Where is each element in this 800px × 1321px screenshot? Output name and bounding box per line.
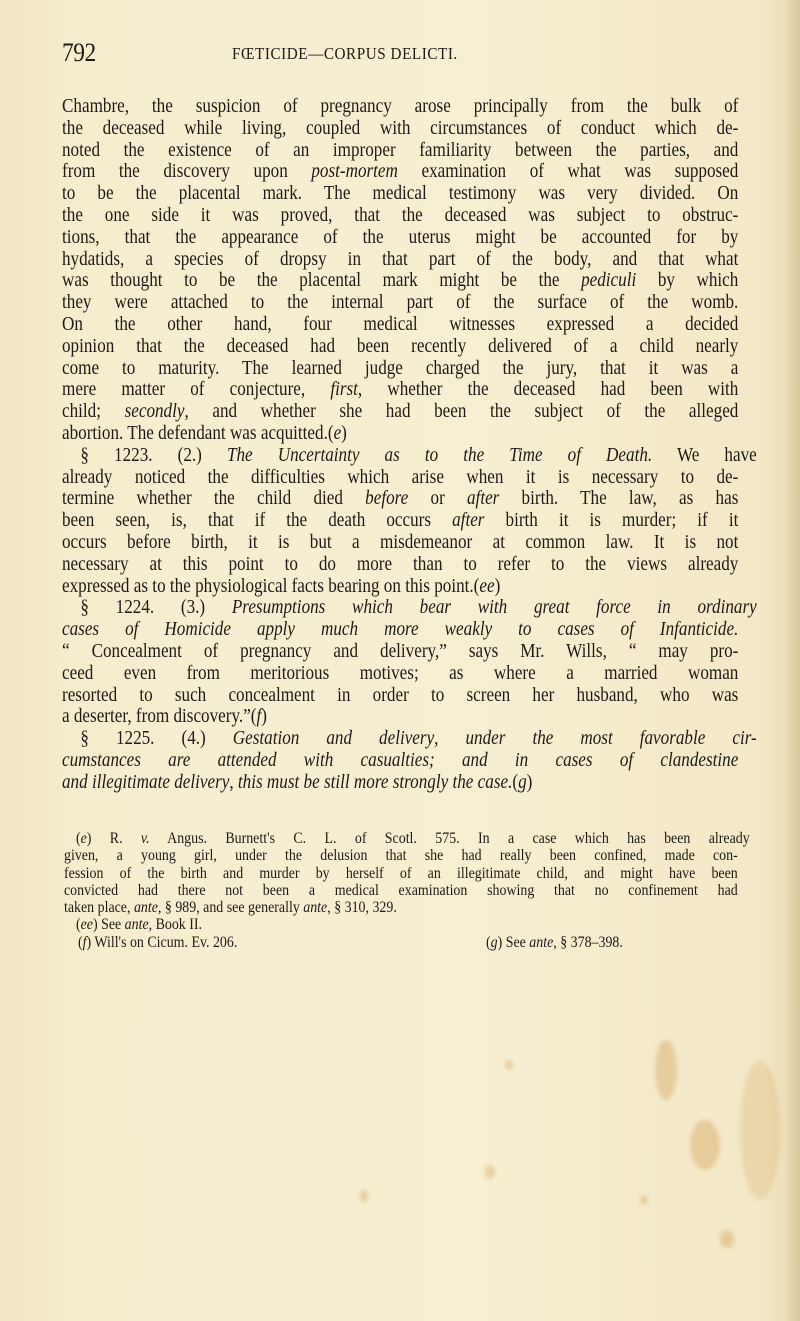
text-run: already noticed the difficulties which a… xyxy=(62,466,738,488)
text-run: resorted to such concealment in order to… xyxy=(62,684,738,706)
text-run: ) R. xyxy=(87,828,141,847)
text-line: was thought to be the placental mark mig… xyxy=(62,270,738,292)
text-line: noted the existence of an improper famil… xyxy=(62,140,738,162)
foxing-stain xyxy=(640,1195,648,1205)
text-run: from the discovery upon xyxy=(62,160,311,182)
text-line: Chambre, the suspicion of pregnancy aros… xyxy=(62,96,738,118)
footnote-row-f-g: (f) Will's on Cicum. Ev. 206. (g) See an… xyxy=(64,933,738,950)
footnote-line: (e) R. v. Angus. Burnett's C. L. of Scot… xyxy=(64,829,750,846)
text-run: , whether the deceased had been with xyxy=(358,378,738,400)
text-run: examination of what was supposed xyxy=(398,160,738,182)
italic-text: cumstances are attended with casualties;… xyxy=(62,749,738,771)
footnotes: (e) R. v. Angus. Burnett's C. L. of Scot… xyxy=(64,829,738,950)
footnote-line: taken place, ante, § 989, and see genera… xyxy=(64,898,738,915)
page-header: 792 FŒTICIDE—CORPUS DELICTI. xyxy=(62,38,734,68)
text-run: ) Will's on Cicum. Ev. 206. xyxy=(87,932,238,951)
footnote-line: fession of the birth and murder by herse… xyxy=(64,864,738,881)
text-line: tions, that the appearance of the uterus… xyxy=(62,227,738,249)
text-line: come to maturity. The learned judge char… xyxy=(62,358,738,380)
italic-text: ante xyxy=(125,914,149,933)
text-run: “ Concealment of pregnancy and delivery,… xyxy=(62,640,738,662)
footnote-line: convicted had there not been a medical e… xyxy=(64,881,738,898)
text-run: § 1224. (3.) xyxy=(80,596,231,618)
text-run: , § 989, and see generally xyxy=(158,897,303,916)
text-run: birth. The law, as has xyxy=(499,487,738,509)
italic-text: pediculi xyxy=(581,269,636,291)
foxing-stain xyxy=(690,1120,720,1170)
text-line: expressed as to the physiological facts … xyxy=(62,576,738,598)
text-run: , xyxy=(434,727,465,749)
text-line: mere matter of conjecture, first, whethe… xyxy=(62,379,738,401)
text-line: the deceased while living, coupled with … xyxy=(62,118,738,140)
italic-text: v. xyxy=(141,828,150,847)
text-line: been seen, is, that if the death occurs … xyxy=(62,510,738,532)
text-run: abortion. The defendant was acquitted.( xyxy=(62,422,334,444)
text-line: On the other hand, four medical witnesse… xyxy=(62,314,738,336)
foxing-stain xyxy=(655,1040,677,1100)
italic-text: secondly xyxy=(125,400,185,422)
footnote-ee: (ee) See ante, Book II. xyxy=(64,915,750,932)
text-line: § 1225. (4.) Gestation and delivery, und… xyxy=(62,728,757,750)
text-run: ) See xyxy=(93,914,125,933)
italic-text: g xyxy=(491,932,498,951)
running-title: FŒTICIDE—CORPUS DELICTI. xyxy=(232,44,458,64)
italic-text: ante xyxy=(134,897,158,916)
text-run: child; xyxy=(62,400,125,422)
text-run: ) xyxy=(261,705,267,727)
text-run: , xyxy=(229,771,238,793)
text-run: taken place, xyxy=(64,897,134,916)
text-run: tions, that the appearance of the uterus… xyxy=(62,226,738,248)
text-line: already noticed the difficulties which a… xyxy=(62,467,738,489)
text-line: child; secondly, and whether she had bee… xyxy=(62,401,738,423)
text-line: termine whether the child died before or… xyxy=(62,488,738,510)
footnote-e: (e) R. v. Angus. Burnett's C. L. of Scot… xyxy=(64,829,738,915)
italic-text: after xyxy=(452,509,484,531)
italic-text: before xyxy=(365,487,408,509)
text-line: abortion. The defendant was acquitted.(e… xyxy=(62,423,738,445)
italic-text: ee xyxy=(81,914,93,933)
italic-text: after xyxy=(467,487,499,509)
italic-text: post-mortem xyxy=(311,160,398,182)
text-run: the one side it was proved, that the dec… xyxy=(62,204,738,226)
text-run: or xyxy=(408,487,467,509)
text-run: given, a young girl, under the delusion … xyxy=(64,845,738,864)
text-run: On the other hand, four medical witnesse… xyxy=(62,313,738,335)
italic-text: ante xyxy=(303,897,327,916)
italic-text: ee xyxy=(479,575,494,597)
text-line: necessary at this point to do more than … xyxy=(62,554,738,576)
footnote-f: (f) Will's on Cicum. Ev. 206. xyxy=(78,933,237,950)
foxing-stain xyxy=(485,1165,495,1179)
text-run: to be the placental mark. The medical te… xyxy=(62,182,738,204)
text-run: they were attached to the internal part … xyxy=(62,291,738,313)
text-line: they were attached to the internal part … xyxy=(62,292,738,314)
text-run: § 1223. (2.) xyxy=(80,444,227,466)
text-run: noted the existence of an improper famil… xyxy=(62,139,738,161)
foxing-stain xyxy=(360,1190,368,1202)
text-line: hydatids, a species of dropsy in that pa… xyxy=(62,249,738,271)
text-line: from the discovery upon post-mortem exam… xyxy=(62,161,738,183)
text-line: § 1223. (2.) The Uncertainty as to the T… xyxy=(62,445,757,467)
text-line: cases of Homicide apply much more weakly… xyxy=(62,619,738,641)
text-line: opinion that the deceased had been recen… xyxy=(62,336,738,358)
text-line: and illegitimate delivery, this must be … xyxy=(62,772,738,794)
text-run: come to maturity. The learned judge char… xyxy=(62,357,738,379)
text-run: opinion that the deceased had been recen… xyxy=(62,335,738,357)
page-edge-shadow xyxy=(786,0,800,1321)
foxing-stain xyxy=(740,1060,780,1200)
text-line: ceed even from meritorious motives; as w… xyxy=(62,663,738,685)
text-run: birth it is murder; if it xyxy=(484,509,738,531)
text-line: “ Concealment of pregnancy and delivery,… xyxy=(62,641,738,663)
text-run: convicted had there not been a medical e… xyxy=(64,880,738,899)
text-run: was thought to be the placental mark mig… xyxy=(62,269,581,291)
text-run: termine whether the child died xyxy=(62,487,365,509)
italic-text: cases of Homicide apply much more weakly… xyxy=(62,618,738,640)
text-run: ) See xyxy=(498,932,530,951)
text-run: occurs before birth, it is but a misdeme… xyxy=(62,531,738,553)
text-run: We have xyxy=(652,444,757,466)
text-run: , and whether she had been the subject o… xyxy=(184,400,738,422)
text-run: expressed as to the physiological facts … xyxy=(62,575,479,597)
italic-text: this must be still more strongly the cas… xyxy=(238,771,512,793)
text-run: fession of the birth and murder by herse… xyxy=(64,863,738,882)
page-number: 792 xyxy=(62,38,96,68)
text-run: ) xyxy=(341,422,347,444)
text-run: ceed even from meritorious motives; as w… xyxy=(62,662,738,684)
text-line: resorted to such concealment in order to… xyxy=(62,685,738,707)
italic-text: Gestation and delivery xyxy=(233,727,434,749)
body-text: Chambre, the suspicion of pregnancy aros… xyxy=(62,96,738,794)
text-run: Chambre, the suspicion of pregnancy aros… xyxy=(62,95,738,117)
italic-text: ante xyxy=(529,932,553,951)
italic-text: and illegitimate delivery xyxy=(62,771,229,793)
text-line: § 1224. (3.) Presumptions which bear wit… xyxy=(62,597,757,619)
text-line: cumstances are attended with casualties;… xyxy=(62,750,738,772)
text-run: a deserter, from discovery.”( xyxy=(62,705,256,727)
text-run: necessary at this point to do more than … xyxy=(62,553,738,575)
text-run: mere matter of conjecture, xyxy=(62,378,330,400)
footnote-g: (g) See ante, § 378–398. xyxy=(486,933,623,950)
text-line: occurs before birth, it is but a misdeme… xyxy=(62,532,738,554)
foxing-stain xyxy=(720,1230,734,1248)
text-line: the one side it was proved, that the dec… xyxy=(62,205,738,227)
italic-text: The Uncertainty as to the Time of Death. xyxy=(227,444,652,466)
italic-text: first xyxy=(330,378,358,400)
text-run: by which xyxy=(636,269,738,291)
text-run: § 1225. (4.) xyxy=(80,727,232,749)
foxing-stain xyxy=(505,1060,513,1070)
text-run: been seen, is, that if the death occurs xyxy=(62,509,452,531)
text-run: the deceased while living, coupled with … xyxy=(62,117,738,139)
text-run: ) xyxy=(495,575,501,597)
text-run: , Book II. xyxy=(149,914,202,933)
text-run: , § 378–398. xyxy=(553,932,623,951)
italic-text: under the most favorable cir- xyxy=(465,727,756,749)
text-line: a deserter, from discovery.”(f) xyxy=(62,706,738,728)
text-run: hydatids, a species of dropsy in that pa… xyxy=(62,248,738,270)
text-line: to be the placental mark. The medical te… xyxy=(62,183,738,205)
italic-text: Presumptions which bear with great force… xyxy=(232,596,757,618)
text-run: Angus. Burnett's C. L. of Scotl. 575. In… xyxy=(150,828,750,847)
text-run: ) xyxy=(527,771,533,793)
footnote-line: given, a young girl, under the delusion … xyxy=(64,846,738,863)
book-page: 792 FŒTICIDE—CORPUS DELICTI. Chambre, th… xyxy=(0,0,800,1321)
text-run: , § 310, 329. xyxy=(327,897,397,916)
